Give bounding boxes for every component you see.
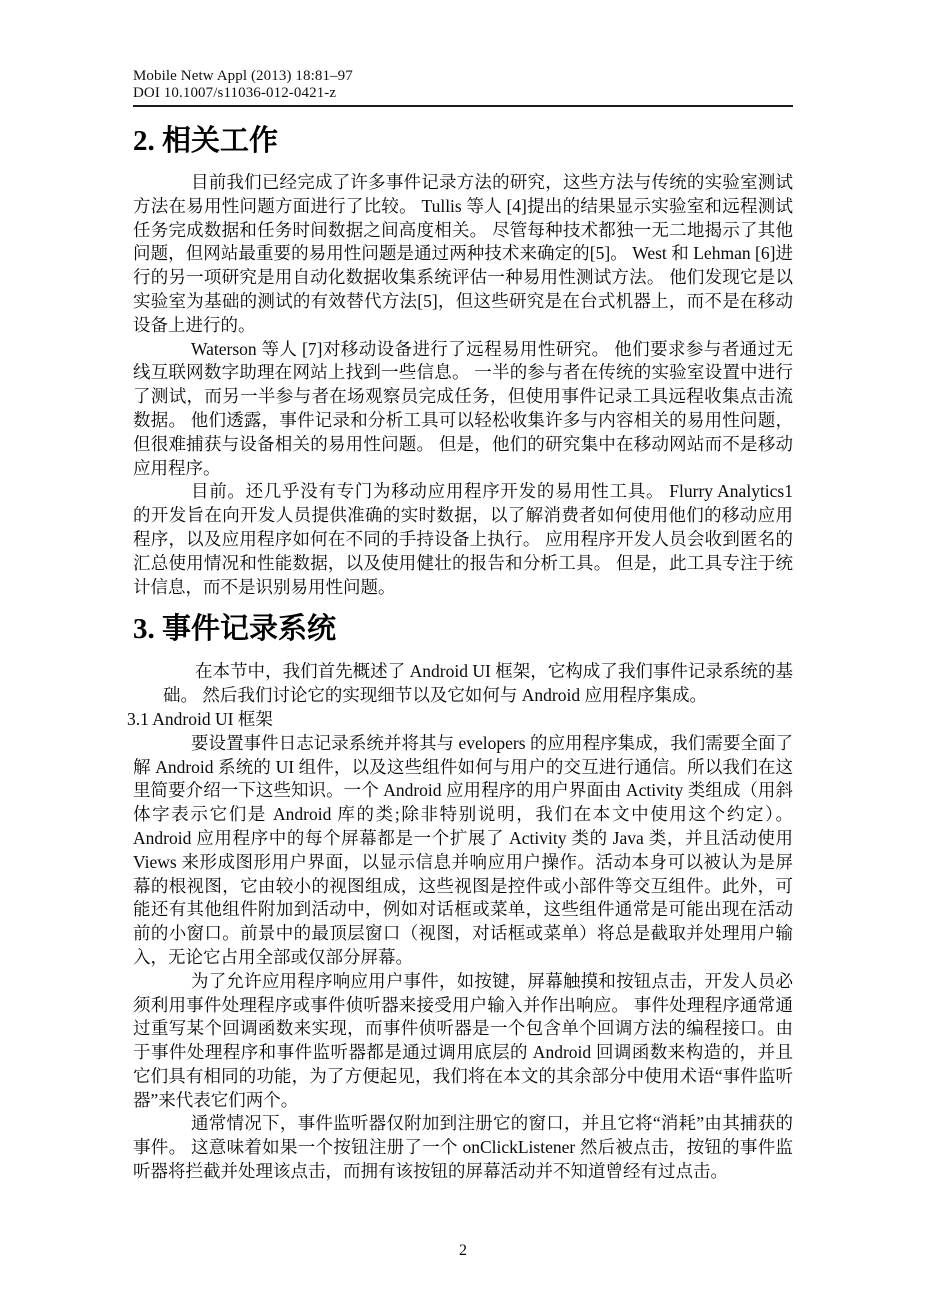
section-3-intro-paragraph: 在本节中，我们首先概述了 Android UI 框架，它构成了我们事件记录系统的… xyxy=(163,660,793,708)
related-work-paragraph-1: 目前我们已经完成了许多事件记录方法的研究，这些方法与传统的实验室测试方法在易用性… xyxy=(133,171,793,338)
subsection-3-1-heading: 3.1 Android UI 框架 xyxy=(127,708,793,732)
page-number: 2 xyxy=(133,1242,793,1260)
document-page: Mobile Netw Appl (2013) 18:81–97 DOI 10.… xyxy=(0,0,926,1309)
android-ui-paragraph-2: 为了允许应用程序响应用户事件，如按键，屏幕触摸和按钮点击，开发人员必须利用事件处… xyxy=(133,970,793,1113)
journal-citation: Mobile Netw Appl (2013) 18:81–97 xyxy=(133,68,793,85)
related-work-paragraph-2: Waterson 等人 [7]对移动设备进行了远程易用性研究。 他们要求参与者通… xyxy=(133,338,793,481)
page-content: Mobile Netw Appl (2013) 18:81–97 DOI 10.… xyxy=(133,68,793,1260)
section-2-heading: 2. 相关工作 xyxy=(133,125,793,157)
related-work-paragraph-3: 目前。还几乎没有专门为移动应用程序开发的易用性工具。 Flurry Analyt… xyxy=(133,480,793,599)
android-ui-paragraph-1: 要设置事件日志记录系统并将其与 evelopers 的应用程序集成，我们需要全面… xyxy=(133,732,793,970)
header-rule xyxy=(133,105,793,107)
doi-line: DOI 10.1007/s11036-012-0421-z xyxy=(133,85,793,102)
journal-header: Mobile Netw Appl (2013) 18:81–97 DOI 10.… xyxy=(133,68,793,107)
section-3-heading: 3. 事件记录系统 xyxy=(133,613,793,645)
android-ui-paragraph-3: 通常情况下，事件监听器仅附加到注册它的窗口，并且它将“消耗”由其捕获的事件。 这… xyxy=(133,1112,793,1183)
